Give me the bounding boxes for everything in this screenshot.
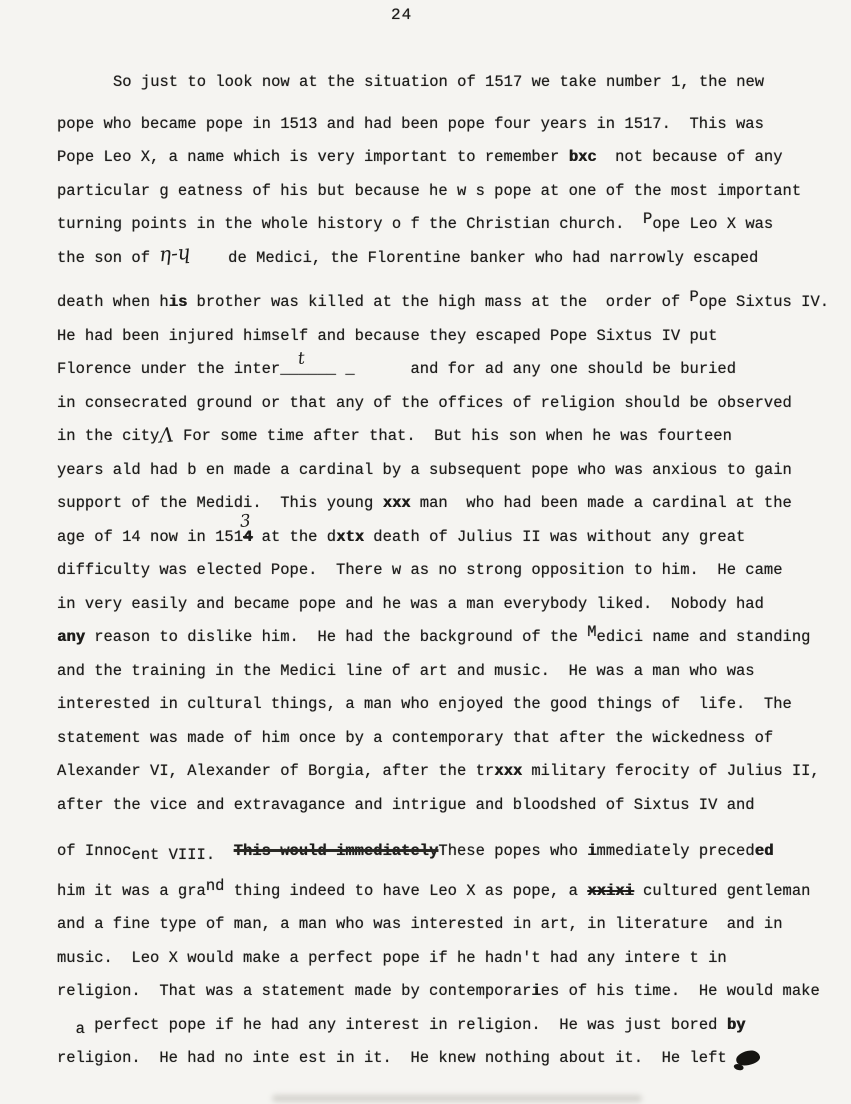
- document-line: religion. That was a statement made by c…: [57, 975, 847, 1009]
- handwritten-annotation: Λ: [158, 424, 174, 445]
- text-run: years ald had b en made a cardinal by a …: [57, 461, 792, 479]
- text-run: perfect pope if he had any interest in r…: [85, 1016, 727, 1034]
- text-run: support of the Medidi. This young: [57, 494, 383, 512]
- text-run: particular g eatness of his but because …: [57, 182, 801, 200]
- document-page: 24 So just to look now at the situation …: [0, 0, 851, 1104]
- text-run: P: [690, 288, 699, 306]
- text-run: a: [76, 1020, 85, 1038]
- text-run: death when h: [57, 293, 169, 311]
- text-run: age of 14 now in 151: [57, 528, 243, 546]
- document-line: him it was a grand thing indeed to have …: [57, 875, 847, 909]
- text-run: at the d: [252, 528, 336, 546]
- text-run: statement was made of him once by a cont…: [57, 729, 773, 747]
- text-run: man who had been made a cardinal at the: [410, 494, 791, 512]
- text-run: So just to look now at the situation of …: [113, 73, 764, 91]
- document-line: statement was made of him once by a cont…: [57, 722, 847, 756]
- text-run: of Innoc: [57, 842, 131, 860]
- document-line: Alexander VI, Alexander of Borgia, after…: [57, 755, 847, 789]
- text-run: is: [169, 293, 188, 311]
- text-run: and for ad any one should be buried: [355, 360, 736, 378]
- text-run: thing indeed to have Leo X as pope, a: [224, 882, 587, 900]
- text-run: after the vice and extravagance and intr…: [57, 796, 755, 814]
- document-line: support of the Medidi. This young xxx ma…: [57, 487, 847, 521]
- scan-smudge: [272, 1095, 642, 1102]
- handwritten-annotation: t: [298, 351, 299, 368]
- document-line: interested in cultural things, a man who…: [57, 688, 847, 722]
- text-run: brother was killed at the high mass at t…: [187, 293, 689, 311]
- document-line: years ald had b en made a cardinal by a …: [57, 454, 847, 488]
- text-run: ope Sixtus IV.: [699, 293, 829, 311]
- text-run: This would immediately: [234, 842, 439, 860]
- text-run: reason to dislike him. He had the backgr…: [85, 628, 587, 646]
- text-run: ______ _: [280, 360, 354, 378]
- document-body: So just to look now at the situation of …: [57, 66, 847, 1076]
- text-run: military ferocity of Julius II,: [522, 762, 820, 780]
- document-line: He had been injured himself and because …: [57, 320, 847, 354]
- text-run: difficulty was elected Pope. There w as …: [57, 561, 783, 579]
- document-line: in very easily and became pope and he wa…: [57, 588, 847, 622]
- document-line: religion. He had no inte est in it. He k…: [57, 1042, 847, 1076]
- text-run: Florence under the inter: [57, 360, 280, 378]
- text-run: the son of: [57, 249, 159, 267]
- text-run: in the city: [57, 427, 159, 445]
- text-run: i: [531, 982, 540, 1000]
- text-run: interested in cultural things, a man who…: [57, 695, 792, 713]
- text-run: ope Leo X was: [652, 215, 773, 233]
- document-line: age of 14 now in 15134 at the dxtx death…: [57, 521, 847, 555]
- document-line: difficulty was elected Pope. There w as …: [57, 554, 847, 588]
- handwritten-annotation: 3: [239, 514, 240, 531]
- text-run: any: [57, 628, 85, 646]
- text-run: xxx: [494, 762, 522, 780]
- text-run: ent VIII.: [131, 846, 215, 864]
- document-line: pope who became pope in 1513 and had bee…: [57, 108, 847, 142]
- text-run: xtx: [336, 528, 364, 546]
- text-run: him it was a gra: [57, 882, 206, 900]
- text-run: nd: [206, 877, 225, 895]
- document-line: a perfect pope if he had any interest in…: [57, 1009, 847, 1043]
- text-run: bxc: [569, 148, 597, 166]
- document-line: Pope Leo X, a name which is very importa…: [57, 141, 847, 175]
- text-run: es of his time. He would make: [541, 982, 820, 1000]
- text-run: death of Julius II was without any great: [364, 528, 745, 546]
- document-line: death when his brother was killed at the…: [57, 286, 847, 320]
- document-line: music. Leo X would make a perfect pope i…: [57, 942, 847, 976]
- text-run: For some time after that. But his son wh…: [174, 427, 732, 445]
- text-run: ed: [755, 842, 774, 860]
- text-run: turning points in the whole history o f …: [57, 215, 643, 233]
- text-run: by: [727, 1016, 746, 1034]
- text-run: cultured gentleman: [634, 882, 811, 900]
- text-run: not because of any: [597, 148, 783, 166]
- document-line: after the vice and extravagance and intr…: [57, 789, 847, 823]
- text-run: xxx: [383, 494, 411, 512]
- page-number: 24: [391, 6, 412, 24]
- text-run: religion. That was a statement made by c…: [57, 982, 531, 1000]
- document-line: So just to look now at the situation of …: [57, 66, 847, 100]
- text-run: and the training in the Medici line of a…: [57, 662, 755, 680]
- handwritten-annotation: η-ɥ: [159, 241, 192, 264]
- document-line: of Innocent VIII. This would immediately…: [57, 835, 847, 869]
- text-run: edici name and standing: [597, 628, 811, 646]
- document-line: and the training in the Medici line of a…: [57, 655, 847, 689]
- document-line: in the cityΛ For some time after that. B…: [57, 420, 847, 454]
- document-line: the son of η-ɥ de Medici, the Florentine…: [57, 242, 847, 276]
- text-run: Alexander VI, Alexander of Borgia, after…: [57, 762, 494, 780]
- text-run: xxixi: [587, 882, 634, 900]
- text-run: and a fine type of man, a man who was in…: [57, 915, 783, 933]
- text-run: mmediately preced: [597, 842, 755, 860]
- text-run: He had been injured himself and because …: [57, 327, 717, 345]
- document-line: Florence under the intert______ _ and fo…: [57, 353, 847, 387]
- document-line: any reason to dislike him. He had the ba…: [57, 621, 847, 655]
- text-run: i: [587, 842, 596, 860]
- text-run: religion. He had no inte est in it. He k…: [57, 1049, 736, 1067]
- text-run: [57, 1016, 76, 1034]
- document-line: particular g eatness of his but because …: [57, 175, 847, 209]
- document-line: turning points in the whole history o f …: [57, 208, 847, 242]
- text-run: pope who became pope in 1513 and had bee…: [57, 115, 764, 133]
- text-run: M: [587, 623, 596, 641]
- document-line: and a fine type of man, a man who was in…: [57, 908, 847, 942]
- text-run: in consecrated ground or that any of the…: [57, 394, 792, 412]
- text-run: in very easily and became pope and he wa…: [57, 595, 764, 613]
- text-run: P: [643, 210, 652, 228]
- text-run: de Medici, the Florentine banker who had…: [191, 249, 758, 267]
- text-run: These popes who: [438, 842, 587, 860]
- ink-blot: [735, 1049, 761, 1068]
- text-run: [215, 842, 234, 860]
- text-run: Pope Leo X, a name which is very importa…: [57, 148, 569, 166]
- text-run: music. Leo X would make a perfect pope i…: [57, 949, 727, 967]
- document-line: in consecrated ground or that any of the…: [57, 387, 847, 421]
